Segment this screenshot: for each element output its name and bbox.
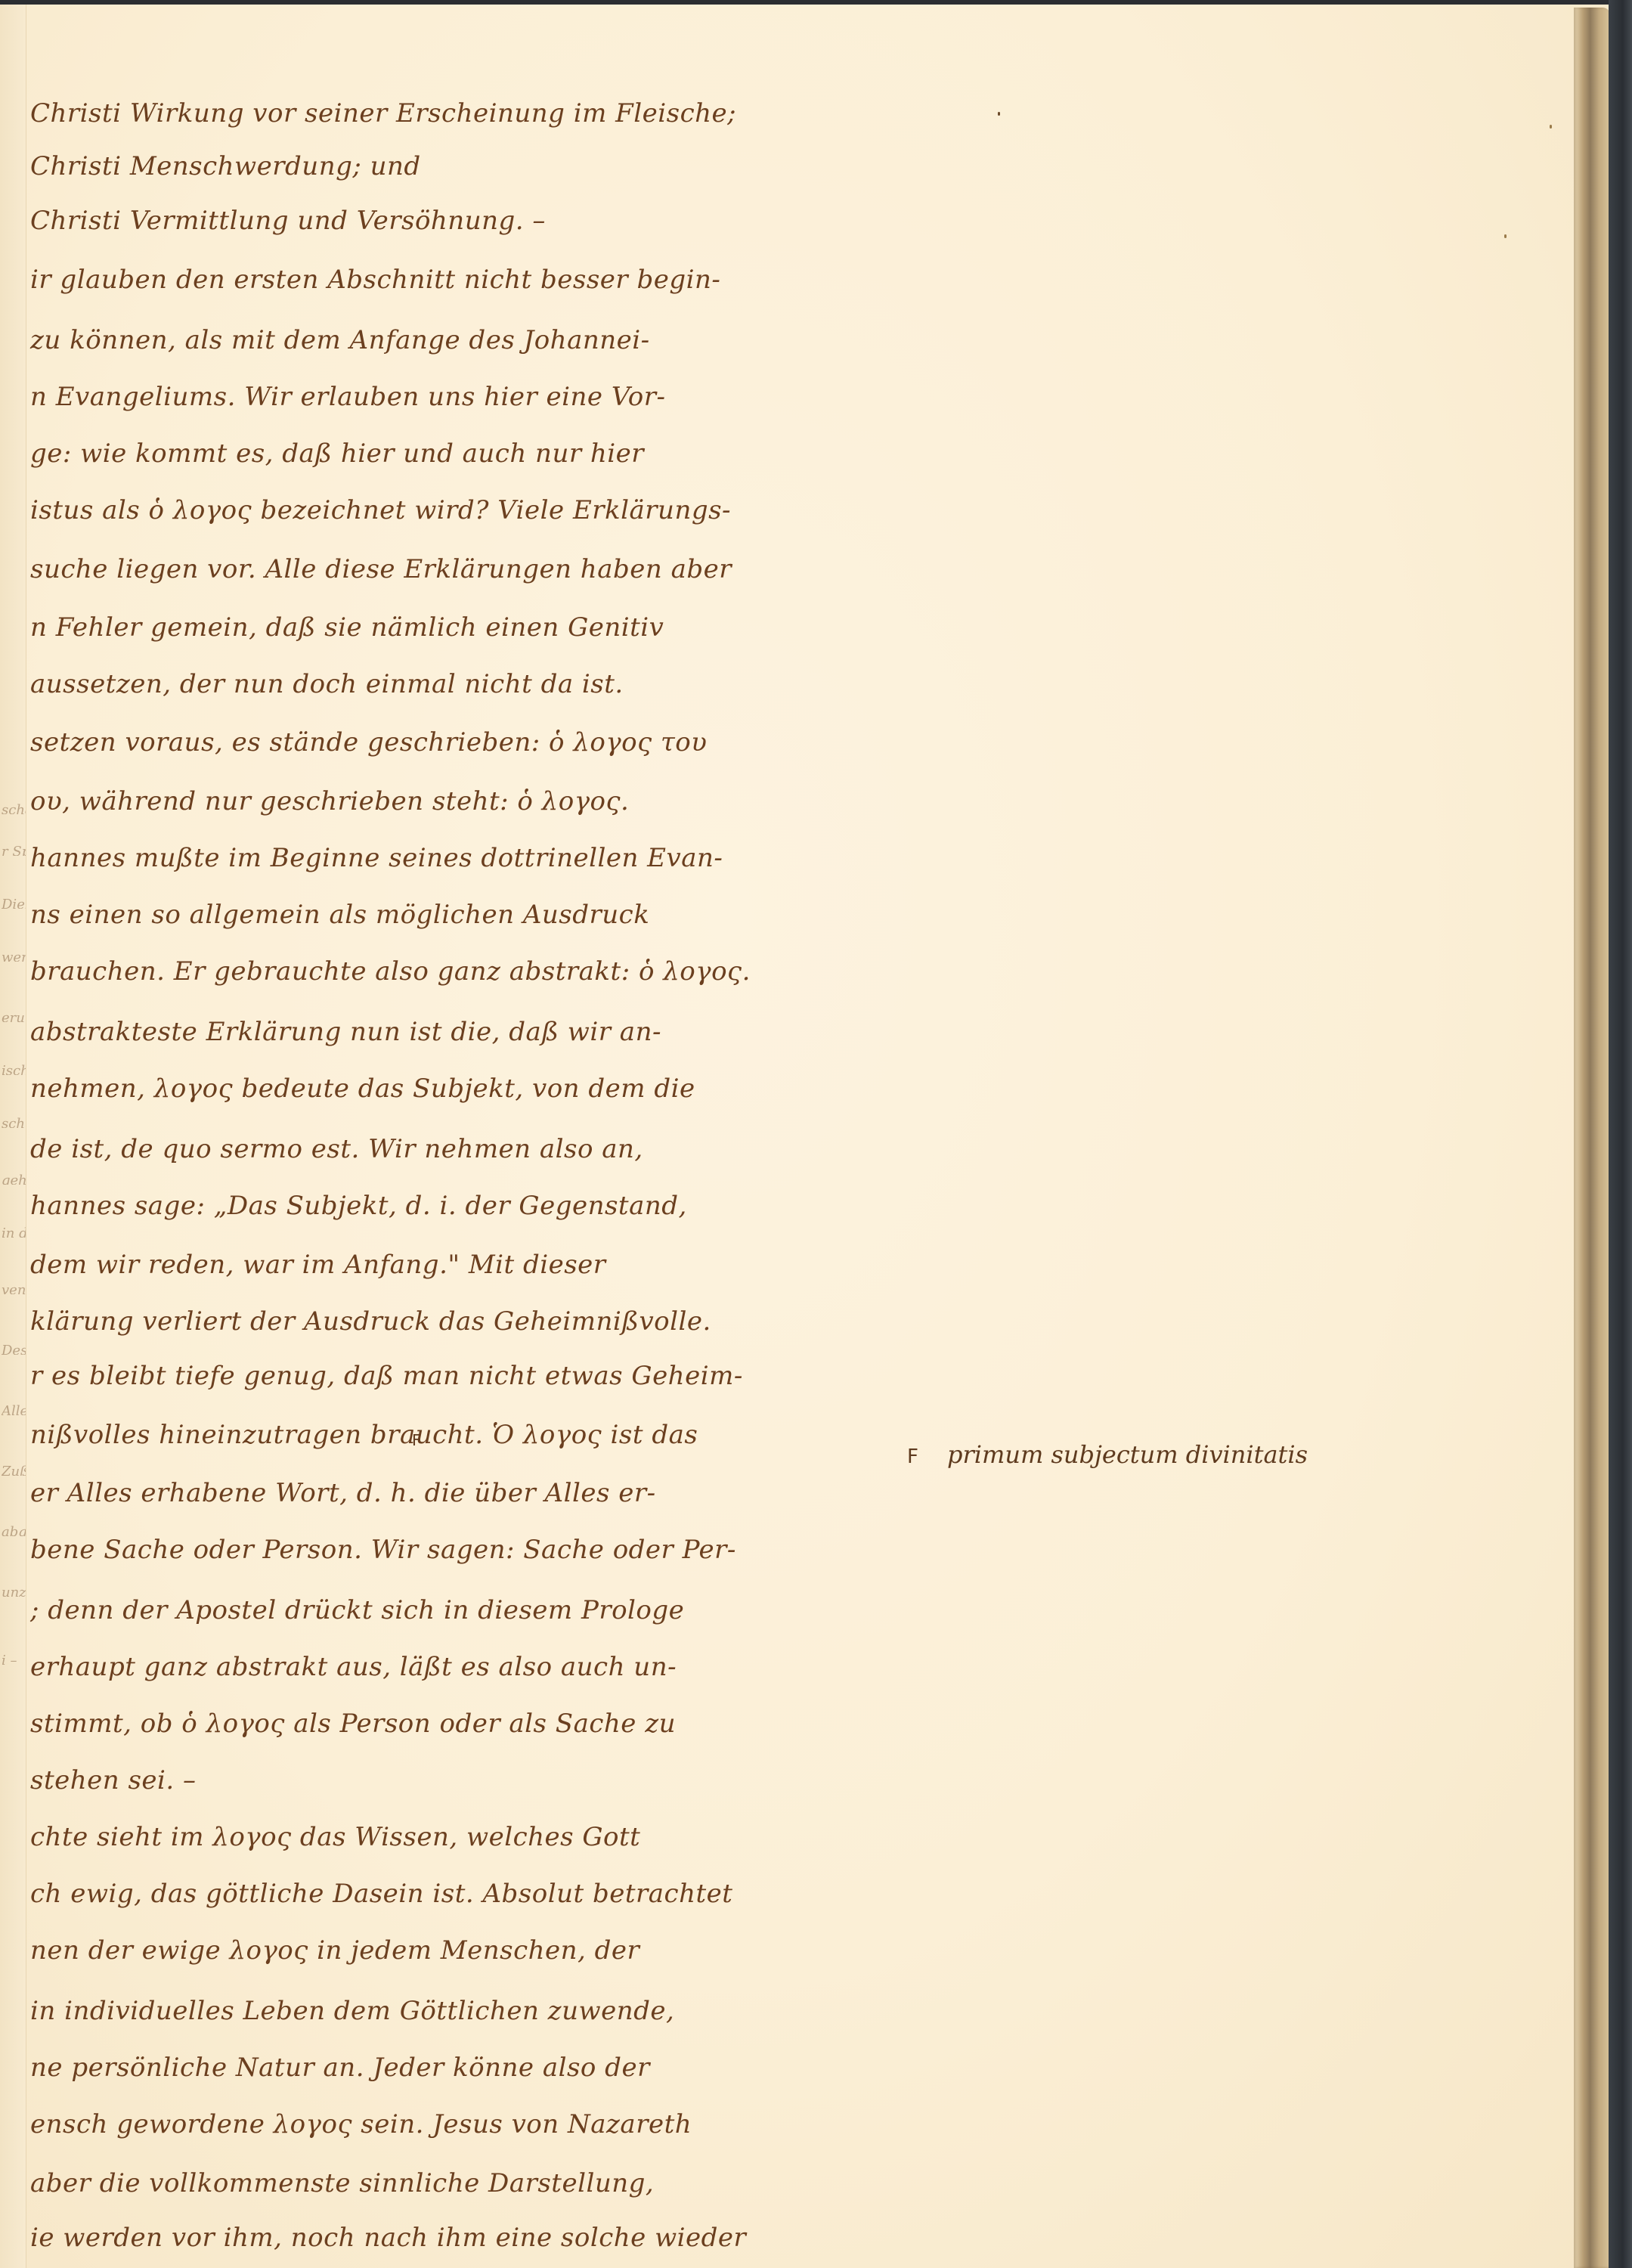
- margin-annotation-text: primum subjectum divinitatis: [947, 1440, 1308, 1469]
- margin-annotation: Fprimum subjectum divinitatis: [907, 1440, 1308, 1469]
- text-line: dem wir reden, war im Anfang." Mit diese…: [30, 1250, 606, 1280]
- text-line: nehmen, λογος bedeute das Subjekt, von d…: [30, 1074, 695, 1104]
- text-line: ; denn der Apostel drückt sich in diesem…: [30, 1595, 684, 1625]
- ink-speck: [998, 112, 1000, 116]
- underlying-fragment: Allem: [2, 1403, 26, 1415]
- page-block-edges: [1574, 8, 1610, 2268]
- text-line: ns einen so allgemein als möglichen Ausd…: [30, 900, 649, 930]
- underlying-fragment: Des: [2, 1343, 26, 1355]
- text-line: suche liegen vor. Alle diese Erklärungen…: [30, 554, 732, 584]
- underlying-page-strip: schaft r Spr Dieß wende erung ische S sc…: [0, 5, 26, 2268]
- paper-speck: [1504, 234, 1507, 238]
- margin-annotation-marker: F: [907, 1445, 918, 1468]
- text-line: er Alles erhabene Wort, d. h. die über A…: [30, 1478, 656, 1508]
- text-line: chte sieht im λογος das Wissen, welches …: [30, 1822, 640, 1852]
- text-line: ge: wie kommt es, daß hier und auch nur …: [30, 438, 644, 469]
- footnote-marker: F: [412, 1431, 421, 1449]
- text-line: bene Sache oder Person. Wir sagen: Sache…: [30, 1535, 736, 1565]
- text-line: istus als ὁ λογος bezeichnet wird? Viele…: [30, 495, 731, 525]
- text-line: Christi Vermittlung und Versöhnung. –: [30, 206, 546, 236]
- text-line: Christi Wirkung vor seiner Erscheinung i…: [30, 98, 736, 129]
- text-line: stimmt, ob ὁ λογος als Person oder als S…: [30, 1709, 676, 1739]
- underlying-fragment: unzl: [2, 1585, 26, 1597]
- text-line: nißvolles hineinzutragen braucht. Ὁ λογο…: [30, 1420, 698, 1450]
- text-line: ir glauben den ersten Abschnitt nicht be…: [30, 265, 720, 295]
- underlying-fragment: vend: [2, 1282, 26, 1294]
- underlying-fragment: in de: [2, 1225, 26, 1238]
- text-line: erhaupt ganz abstrakt aus, läßt es also …: [30, 1652, 677, 1682]
- underlying-fragment: schaft: [2, 802, 26, 814]
- book-binding-right: [1609, 0, 1632, 2268]
- text-line: de ist, de quo sermo est. Wir nehmen als…: [30, 1134, 643, 1164]
- text-line: ch ewig, das göttliche Dasein ist. Absol…: [30, 1879, 732, 1909]
- text-line: n Fehler gemein, daß sie nämlich einen G…: [30, 612, 664, 643]
- text-line: hannes mußte im Beginne seines dottrinel…: [30, 843, 723, 873]
- text-line: ensch gewordene λογος sein. Jesus von Na…: [30, 2109, 692, 2139]
- text-line: brauchen. Er gebrauchte also ganz abstra…: [30, 956, 751, 987]
- text-line: abstrakteste Erklärung nun ist die, daß …: [30, 1017, 661, 1047]
- text-line: n Evangeliums. Wir erlauben uns hier ein…: [30, 382, 666, 412]
- text-line: stehen sei. –: [30, 1765, 197, 1795]
- underlying-fragment: r Spr: [2, 844, 26, 856]
- text-line: hannes sage: „Das Subjekt, d. i. der Geg…: [30, 1191, 687, 1221]
- text-line: klärung verliert der Ausdruck das Geheim…: [30, 1306, 711, 1337]
- underlying-fragment: Dieß: [2, 897, 26, 909]
- text-line: aussetzen, der nun doch einmal nicht da …: [30, 669, 624, 699]
- underlying-fragment: i –: [2, 1653, 26, 1665]
- text-line: nen der ewige λογος in jedem Menschen, d…: [30, 1935, 639, 1966]
- manuscript-body-text: Christi Wirkung vor seiner Erscheinung i…: [30, 0, 816, 2268]
- text-line: ne persönliche Natur an. Jeder könne als…: [30, 2053, 650, 2083]
- text-line: ie werden vor ihm, noch nach ihm eine so…: [30, 2223, 746, 2253]
- text-line: ου, während nur geschrieben steht: ὁ λογ…: [30, 786, 629, 816]
- text-line: Christi Menschwerdung; und: [30, 151, 421, 181]
- underlying-fragment: ische S: [2, 1063, 26, 1075]
- underlying-fragment: wende: [2, 950, 26, 962]
- text-line: aber die vollkommenste sinnliche Darstel…: [30, 2168, 654, 2198]
- underlying-fragment: abgele: [2, 1524, 26, 1536]
- underlying-fragment: erung: [2, 1010, 26, 1022]
- underlying-fragment: gehe: [2, 1173, 26, 1185]
- paper-speck: [1550, 125, 1552, 129]
- underlying-fragment: schrift: [2, 1116, 26, 1128]
- text-line: r es bleibt tiefe genug, daß man nicht e…: [30, 1361, 743, 1391]
- text-line: setzen voraus, es stände geschrieben: ὁ …: [30, 727, 707, 758]
- text-line: in individuelles Leben dem Göttlichen zu…: [30, 1996, 674, 2026]
- text-line: zu können, als mit dem Anfange des Johan…: [30, 325, 650, 355]
- underlying-fragment: Zuße: [2, 1464, 26, 1476]
